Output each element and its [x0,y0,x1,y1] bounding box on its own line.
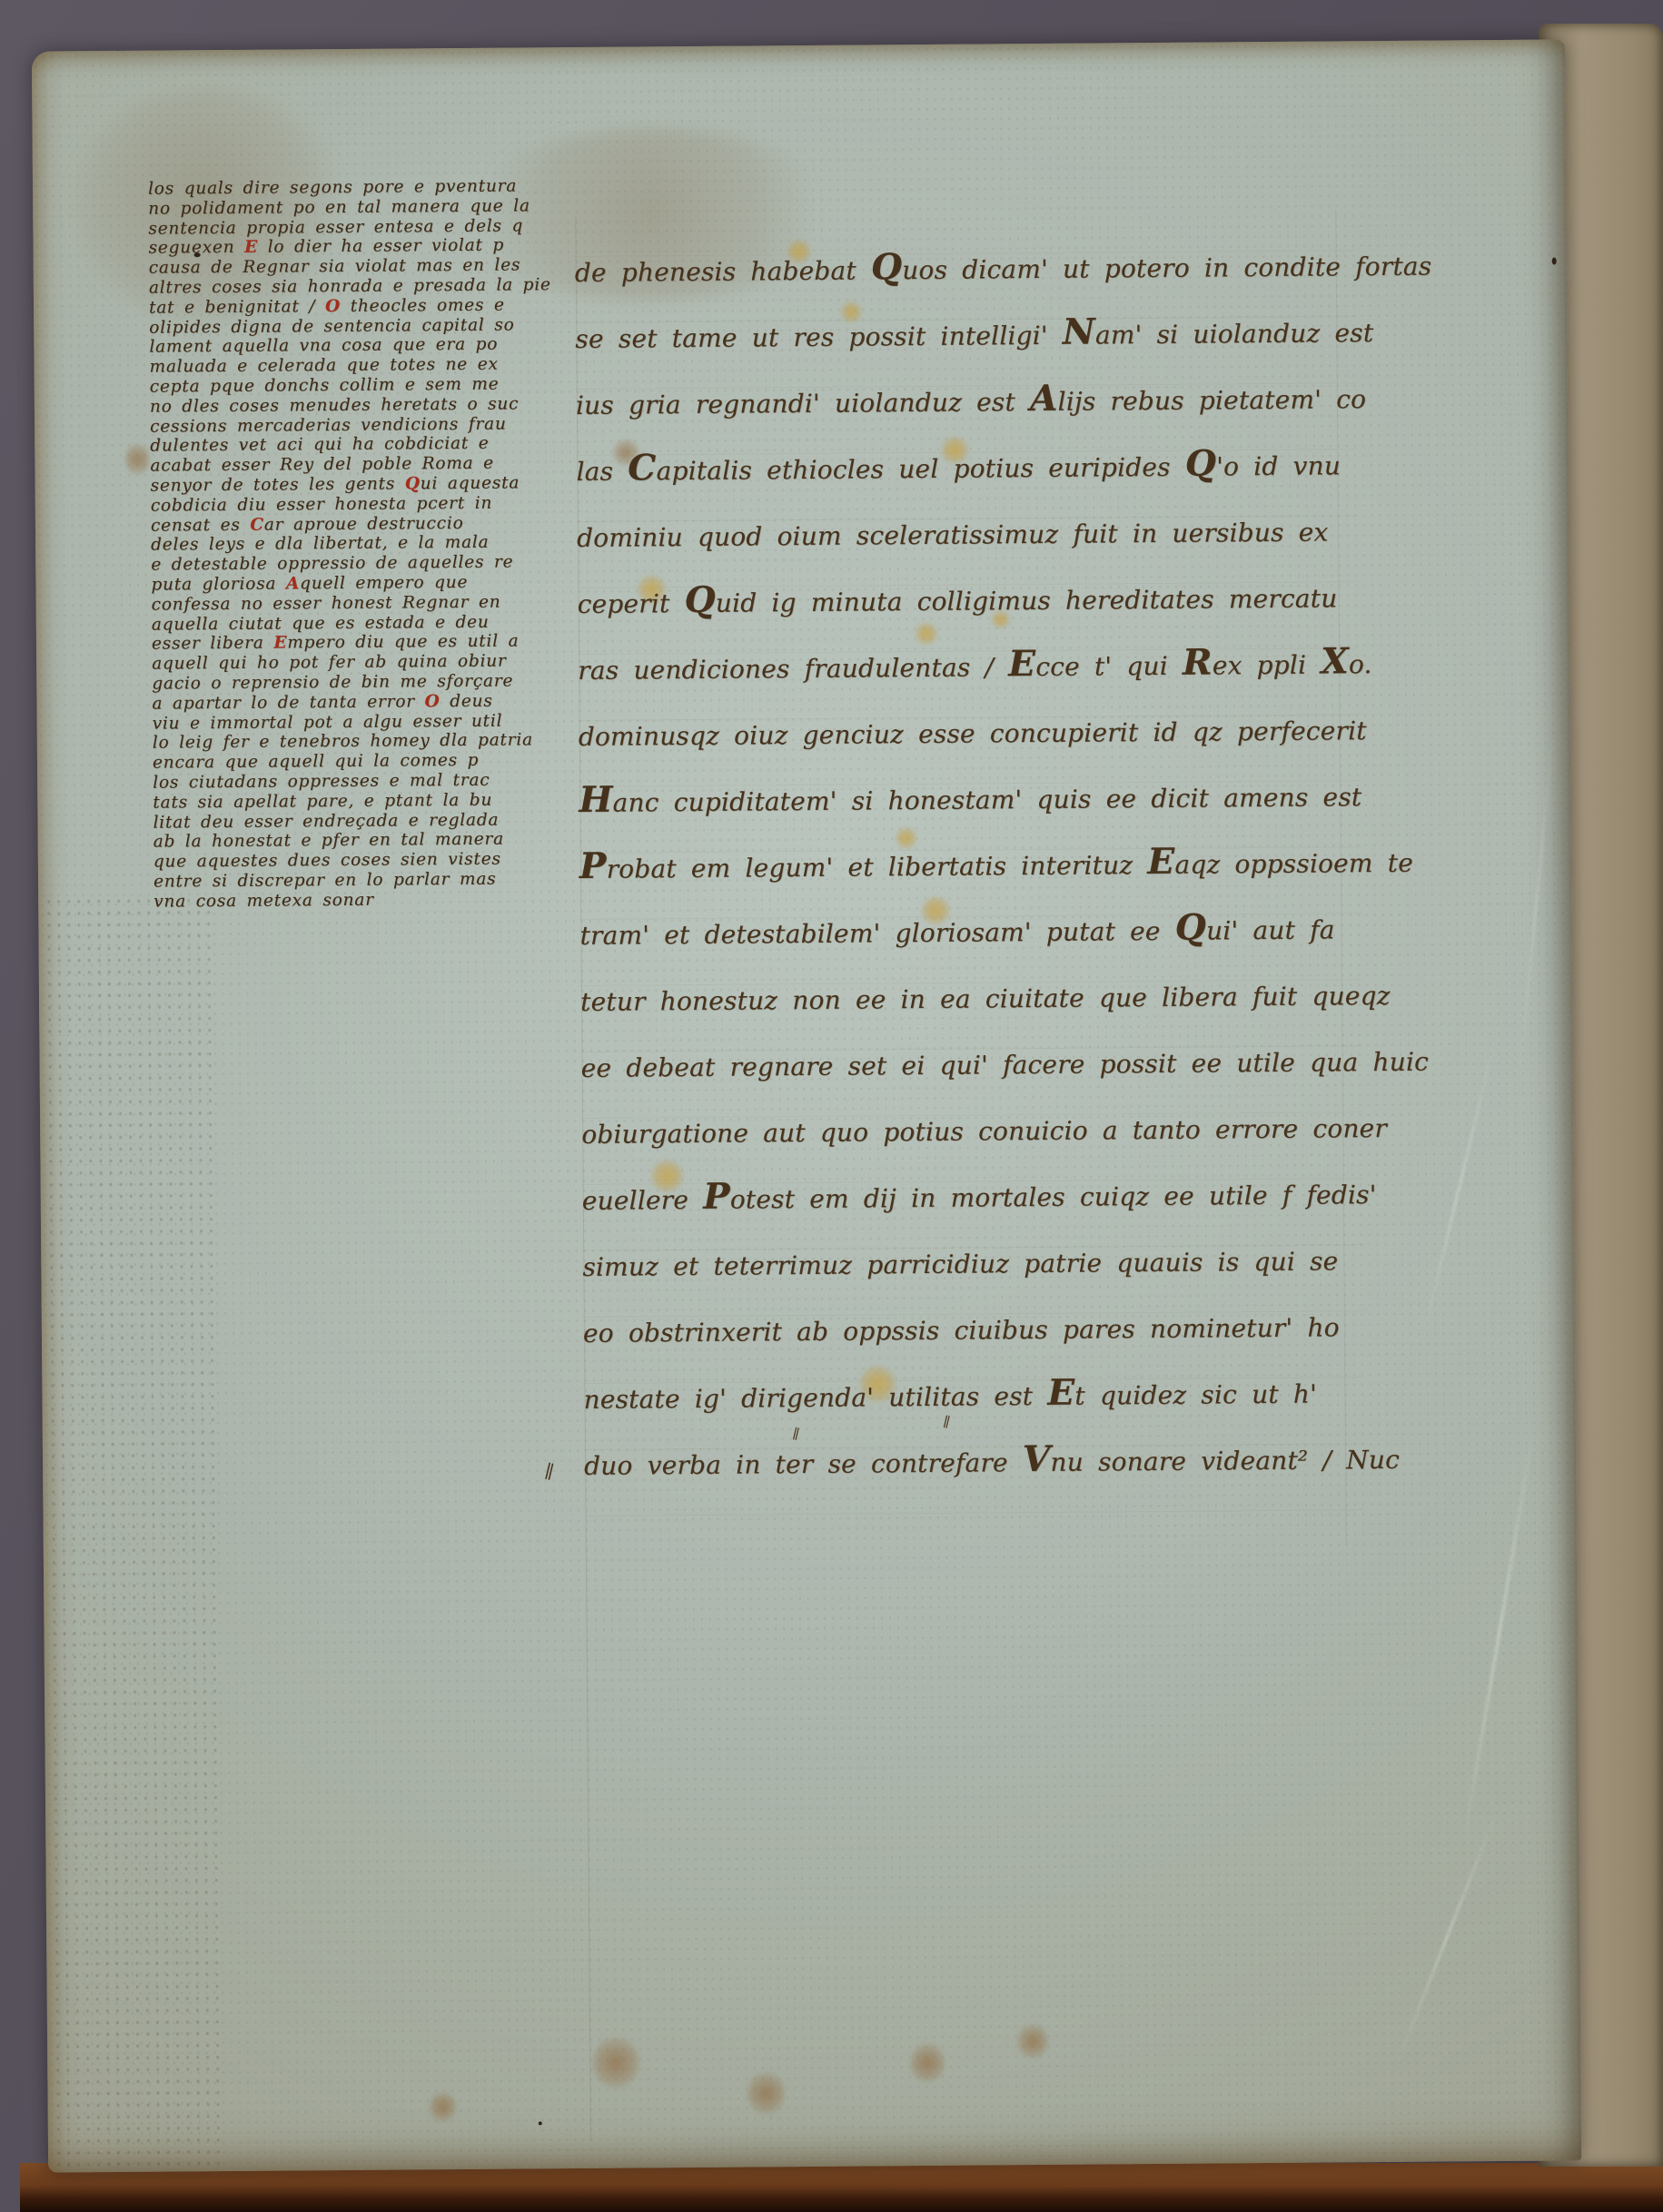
text-run: eo obstrinxerit ab oppssis ciuibus pares… [583,1312,1340,1348]
text-run: obiurgatione aut quo potius conuicio a t… [581,1113,1387,1150]
photograph-scene: los quals dire segons pore e pventurano … [0,0,1663,2212]
latin-main-column: de phenesis habebat Quos dicam' ut poter… [574,233,1401,1499]
margin-correction-mark: ∥ [542,1460,554,1483]
main-text-line: nestate ig' dirigenda' utilitas est Et q… [583,1360,1401,1433]
text-run: ee debeat regnare set ei qui' facere pos… [581,1047,1430,1083]
text-run: seguexen [148,238,244,258]
text-run: A [286,574,300,593]
gutter-speck [1552,257,1557,264]
text-run: O [325,297,341,316]
text-run: H [579,779,613,821]
rust-spot [1017,2023,1048,2059]
text-run: uos dicam' ut potero in condite fortas [902,252,1431,286]
text-run: cce t' qui [1035,651,1183,682]
text-run: O [424,692,440,711]
text-run: lijs rebus pietatem' co [1057,384,1366,417]
text-run: nu sonare videant² / Nuc [1050,1445,1400,1477]
main-text-line: duo verba in ter se contrefare Vnu sonar… [584,1427,1402,1499]
text-run: encara que aquell qui la comes p [153,751,479,773]
gloss-text-line: vna cosa metexa sonar [153,889,589,913]
text-run: las [576,457,628,487]
text-run: nestate ig' dirigenda' utilitas est [583,1381,1047,1415]
text-run: los ciutadans oppresses e mal trac [153,771,490,793]
text-run: E [1147,841,1174,883]
main-text-line: eo obstrinxerit ab oppssis ciuibus pares… [583,1294,1401,1367]
text-run: ui' aut fa [1206,914,1335,945]
text-run: apitalis ethiocles uel potius euripides [656,452,1184,487]
rust-spot [430,2091,457,2122]
text-run: no dles coses menudes heretats o suc [150,394,519,416]
text-run: e detestable oppressio de aquelles re [151,553,513,575]
text-run: olipides digna de sentencia capital so [149,315,514,337]
text-run: deles leys e dla libertat, e la mala [151,533,489,555]
text-run: E [244,238,258,257]
text-run: quell empero que [300,573,468,593]
text-run: acabat esser Rey del poble Roma e [150,454,494,476]
main-text-line: ius gria regnandi' uiolanduz est Alijs r… [576,366,1394,439]
text-run: E [1047,1372,1074,1414]
main-text-line: ras uendiciones fraudulentas / Ecce t' q… [578,631,1396,704]
text-run: E [1008,643,1035,685]
rust-spot [910,2042,945,2084]
gloss-text-line: altres coses sia honrada e presada la pi… [149,275,585,299]
text-run: puta gloriosa [151,574,286,594]
text-run: cessions mercaderias vendicions frau [150,414,507,436]
text-run: ar aproue destruccio [264,513,464,534]
main-text-line: dominiu quod oium sceleratissimuz fuit i… [577,499,1395,571]
edge-smudge [125,441,149,478]
text-run: litat deu esser endreçada e reglada [153,810,499,832]
text-run: dulentes vet aci qui ha cobdiciat e [150,434,489,456]
text-run: C [628,447,657,489]
text-run: dominusqz oiuz genciuz esse concupierit … [579,716,1367,752]
text-run: lament aquella vna cosa que era po [149,335,498,357]
text-run: Q [684,579,716,621]
text-run: robat em legum' et libertatis interituz [606,850,1147,884]
main-text-line: tetur honestuz non ee in ea ciuitate que… [580,963,1399,1035]
main-text-line: Hanc cupiditatem' si honestam' quis ee d… [579,764,1397,836]
text-run: confessa no esser honest Regnar en [152,592,501,614]
gloss-text-line: lo leig fer e tenebros homey dla patria [153,730,589,754]
text-run: 'o id vnu [1216,450,1341,481]
text-run: tat e benignitat / [149,297,325,318]
text-run: R [1183,641,1213,683]
text-run: no polidament po en tal manera que la [148,196,530,218]
text-run: aquell qui ho pot fer ab quina obiur [152,652,507,674]
text-run: entre si discrepar en lo parlar mas [153,870,497,892]
text-run: a apartar lo de tanta error [152,692,424,713]
parchment-crease [1519,730,1555,1074]
rust-spot [592,2035,639,2089]
text-run: theocles omes e [341,295,505,315]
text-run: sentencia propia esser entesa e dels q [148,216,523,238]
text-run: X [1321,640,1349,682]
text-run: P [703,1176,730,1218]
text-run: causa de Regnar sia violat mas en les [149,256,521,278]
text-run: los quals dire segons pore e pventura [148,176,517,198]
text-run: aquella ciutat que es estada e deu [152,612,490,634]
text-run: Q [405,474,421,493]
text-run: lo leig fer e tenebros homey dla patria [153,731,533,753]
text-run: esser libera [152,634,274,654]
text-run: t quidez sic ut h' [1074,1379,1317,1411]
text-run: dominiu quod oium sceleratissimuz fuit i… [577,517,1329,552]
text-run: C [250,515,264,534]
small-speck [539,2121,542,2125]
main-text-line: Probat em legum' et libertatis interituz… [579,830,1398,903]
text-run: A [1030,378,1058,420]
text-run: Q [1175,907,1207,949]
main-text-line: simuz et teterrimuz parricidiuz patrie q… [582,1228,1401,1300]
text-run: censat es [151,515,251,535]
main-text-line: de phenesis habebat Quos dicam' ut poter… [574,233,1392,306]
parchment-crease [1395,1811,1498,2065]
main-text-line: ee debeat regnare set ei qui' facere pos… [580,1029,1399,1101]
parchment-page: los quals dire segons pore e pventurano … [32,39,1581,2172]
text-run: ius gria regnandi' uiolanduz est [576,387,1030,420]
gloss-text-line: sentencia propia esser entesa e dels q [148,215,584,239]
text-run: aqz oppssioem te [1174,848,1413,880]
text-run: ras uendiciones fraudulentas / [578,652,1008,686]
text-run: ex ppli [1213,650,1321,681]
text-run: se set tame ut res possit intelligi' [575,321,1063,354]
text-run: tram' et detestabilem' gloriosam' putat … [579,916,1174,951]
text-run: duo verba in ter se contrefare [584,1447,1023,1481]
text-run: senyor de totes les gents [151,474,405,495]
text-run: uid ig minuta colligimus hereditates mer… [716,583,1338,617]
main-text-line: se set tame ut res possit intelligi' Nam… [575,300,1393,372]
text-run: cepta pque donchs collim e sem me [150,375,500,397]
text-run: altres coses sia honrada e presada la pi… [149,275,551,297]
text-run: ab la honestat e pfer en tal manera [153,830,504,852]
text-run: o. [1349,649,1372,679]
text-run: anc cupiditatem' si honestam' quis ee di… [612,782,1361,817]
text-run: de phenesis habebat [575,255,871,288]
text-run: V [1023,1438,1051,1480]
left-margin-speckling [44,894,226,2194]
text-run: tats sia apellat pare, e ptant la bu [153,790,492,812]
text-run: maluada e celerada que totes ne ex [150,355,499,377]
text-run: que aquestes dues coses sien vistes [153,850,501,872]
text-run: simuz et teterrimuz parricidiuz patrie q… [582,1246,1338,1282]
main-text-line: obiurgatione aut quo potius conuicio a t… [581,1095,1400,1168]
catalan-gloss-column: los quals dire segons pore e pventurano … [148,176,589,912]
parchment-crease [1462,1423,1537,1844]
main-text-line: tram' et detestabilem' gloriosam' putat … [579,896,1398,969]
text-run: euellere [582,1185,704,1216]
main-text-line: ceperit Quid ig minuta colligimus heredi… [577,565,1395,637]
text-run: deus [440,691,492,710]
text-run: ceperit [578,588,685,619]
main-text-line: euellere Potest em dij in mortales cuiqz… [582,1161,1401,1234]
text-run: Q [1185,442,1217,484]
text-run: N [1063,311,1095,352]
text-run: P [579,845,607,887]
text-run: ui aquesta [421,473,520,493]
rust-spot [747,2070,785,2116]
text-run: am' si uiolanduz est [1095,318,1374,350]
text-run: Q [871,246,903,288]
text-run: lo dier ha esser violat p [258,236,504,257]
text-run: otest em dij in mortales cuiqz ee utile … [730,1180,1377,1215]
text-run: gacio o reprensio de bin me sforçare [152,671,513,693]
text-run: mpero diu que es util a [287,632,519,653]
text-run: cobdicia diu esser honesta pcert in [151,493,493,515]
main-text-line: las Capitalis ethiocles uel potius eurip… [576,432,1394,505]
text-run: tetur honestuz non ee in ea ciuitate que… [580,981,1391,1017]
main-text-line: dominusqz oiuz genciuz esse concupierit … [579,697,1397,770]
parchment-crease [1422,1043,1495,1336]
text-run: viu e immortal pot a algu esser util [153,711,503,733]
text-run: vna cosa metexa sonar [153,890,374,911]
text-run: E [273,634,287,653]
